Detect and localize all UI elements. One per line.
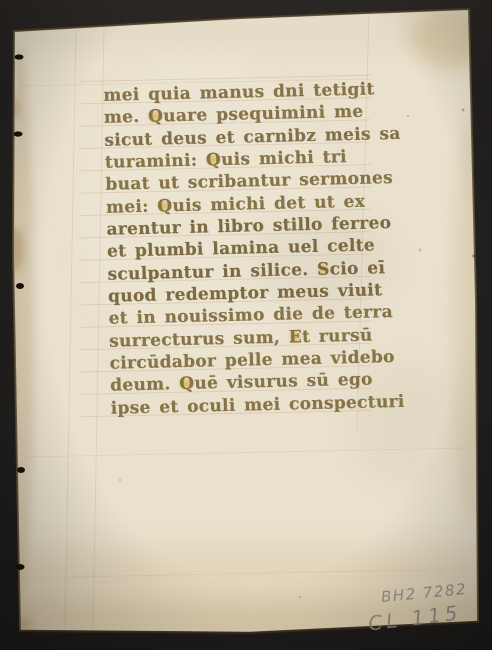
versal-initial: Q xyxy=(148,106,164,129)
versal-initial: E xyxy=(288,326,302,349)
versal-initial: Q xyxy=(179,373,195,396)
versal-initial: S xyxy=(317,258,330,281)
versal-initial: Q xyxy=(157,195,173,218)
versal-initial: Q xyxy=(206,149,222,172)
manuscript-text-block: mei quia manus dni tetigitme. Quare pseq… xyxy=(103,78,397,420)
photo-background: mei quia manus dni tetigitme. Quare pseq… xyxy=(0,0,492,650)
